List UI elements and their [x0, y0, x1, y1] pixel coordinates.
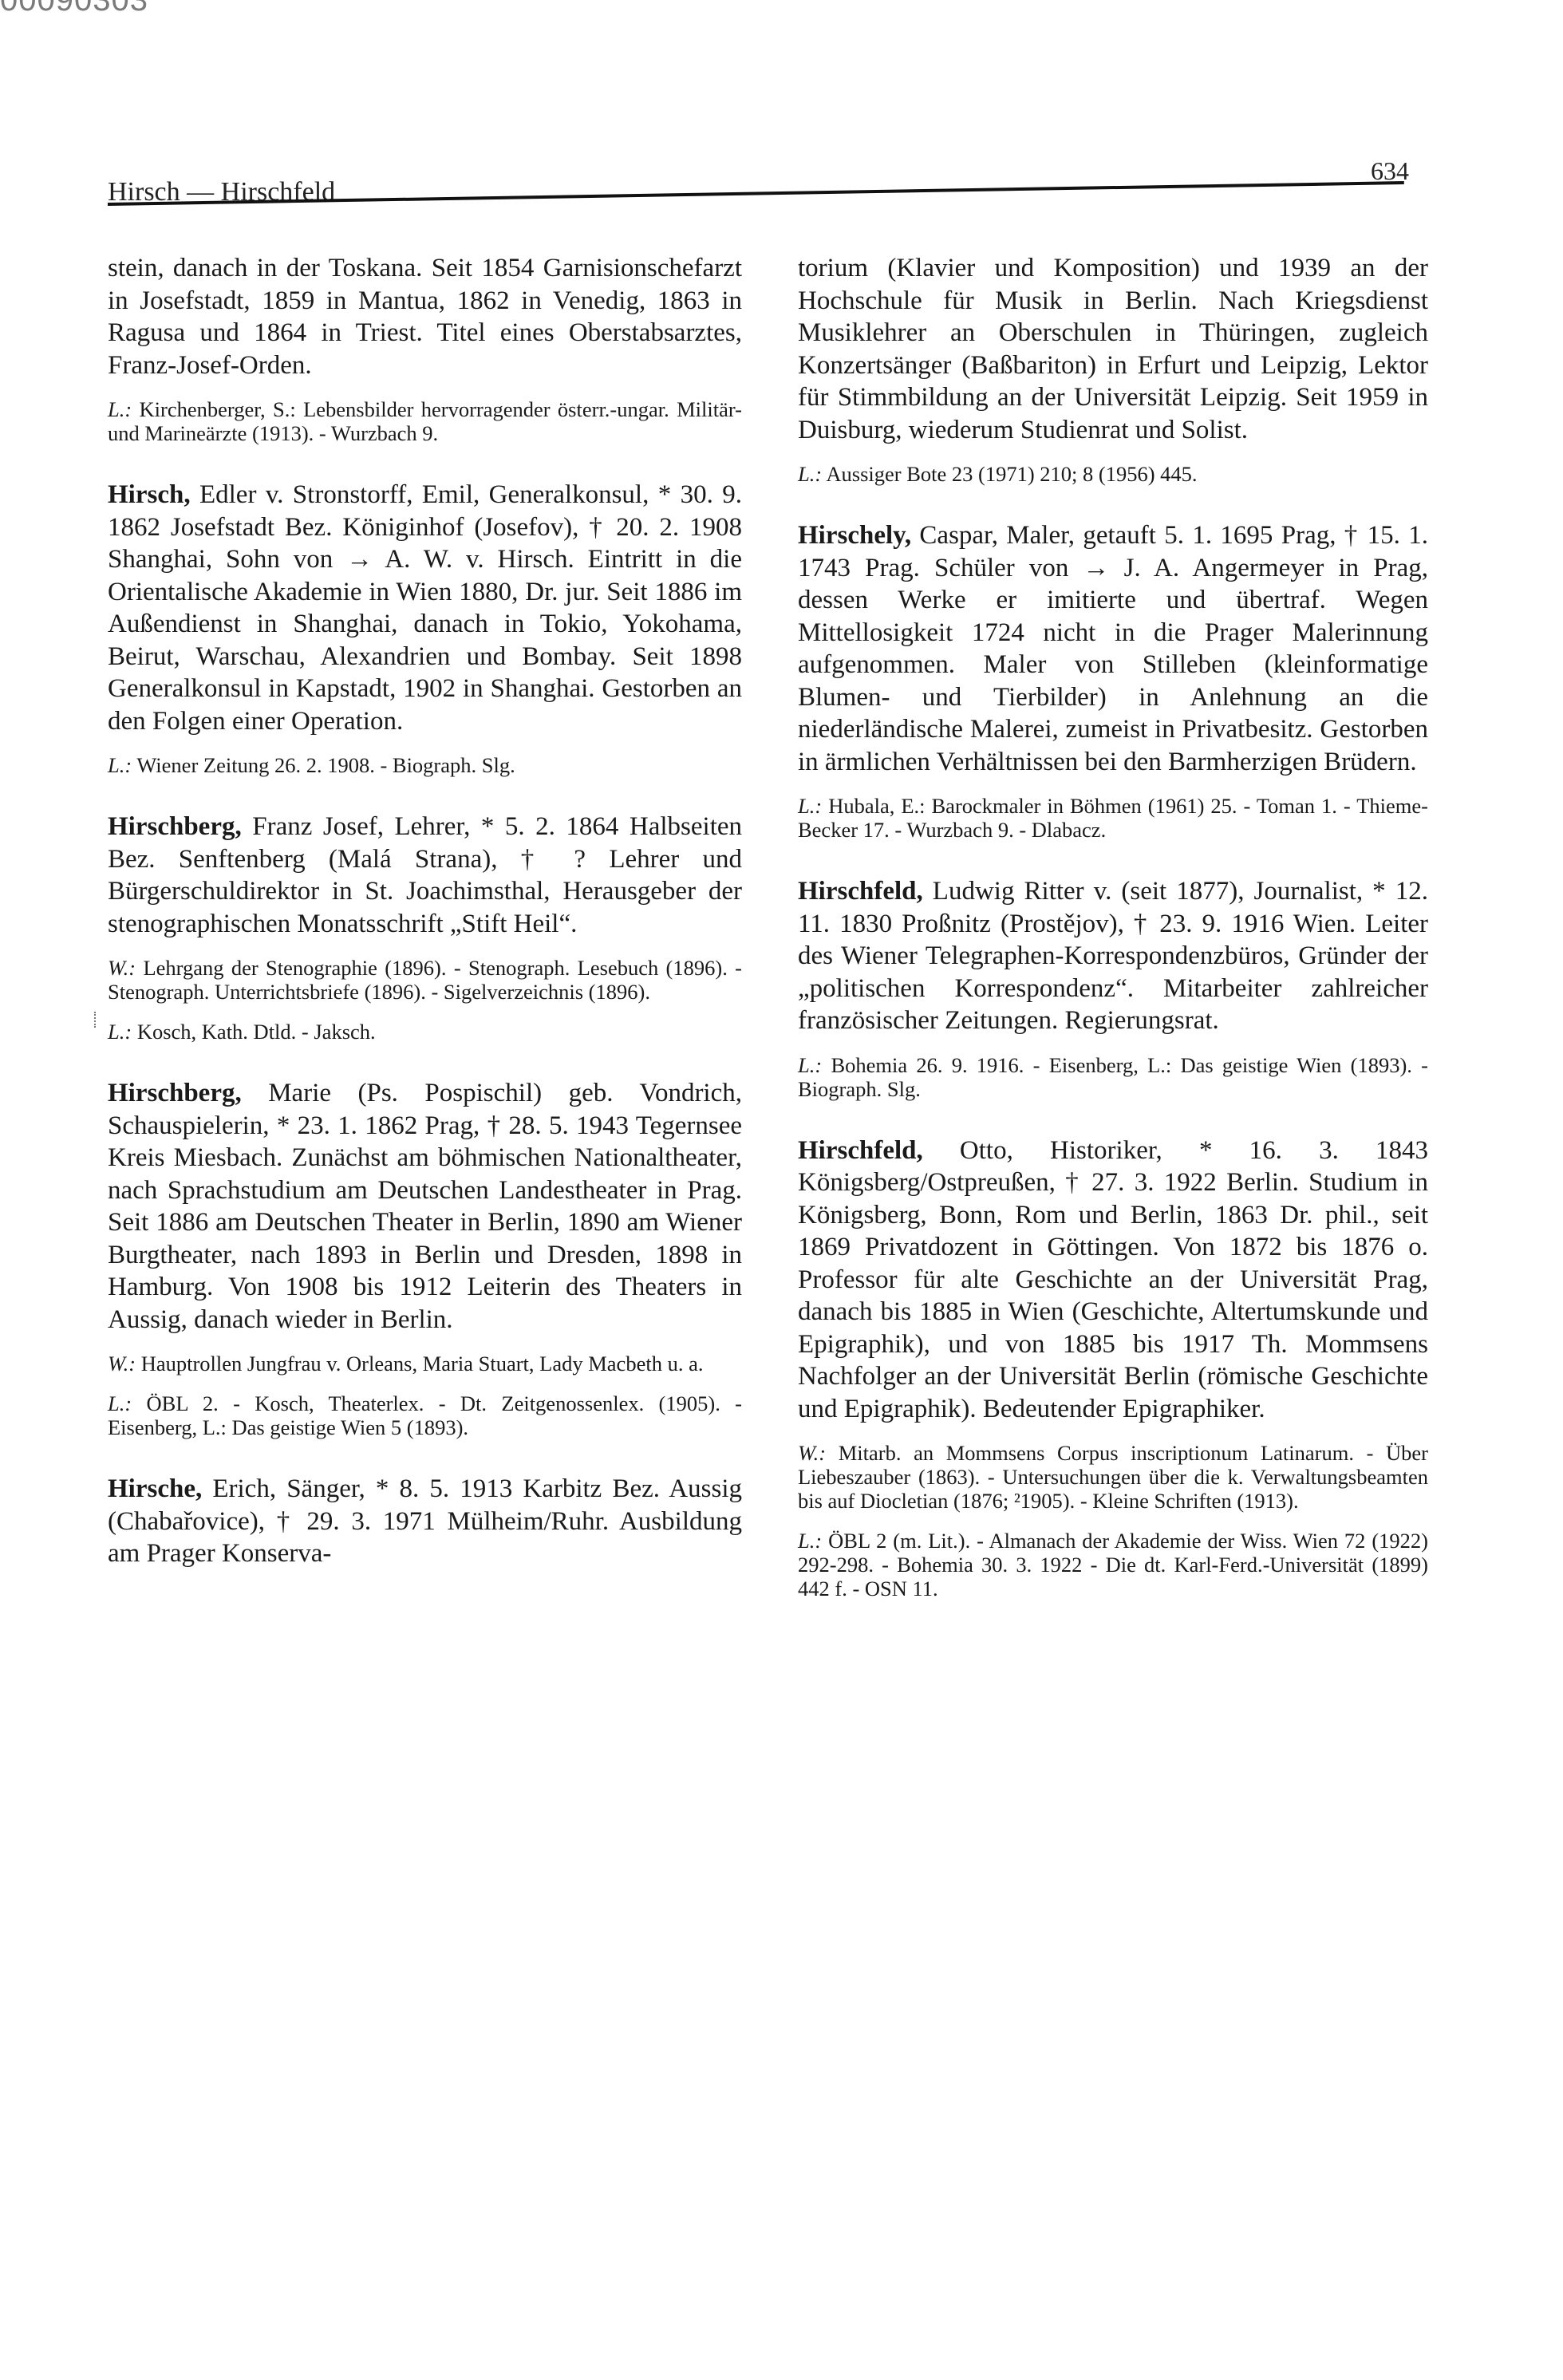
works-ref: W.: Lehrgang der Stenographie (1896). - … — [108, 956, 742, 1004]
entry-text: Caspar, Maler, getauft 5. 1. 1695 Prag, … — [798, 521, 1428, 776]
entry-text: Otto, Historiker, * 16. 3. 1843 Königsbe… — [798, 1136, 1428, 1423]
works-ref: W.: Mitarb. an Mommsens Corpus inscripti… — [798, 1441, 1428, 1513]
literature-ref: L.: Bohemia 26. 9. 1916. - Eisenberg, L.… — [798, 1053, 1428, 1101]
literature-ref: L.: ÖBL 2 (m. Lit.). - Almanach der Akad… — [798, 1529, 1428, 1600]
right-column: torium (Klavier und Komposition) und 193… — [798, 252, 1428, 1634]
scan-id: 00090303 — [0, 0, 148, 18]
entry-hirsch-emil: Hirsch, Edler v. Stronstorff, Emil, Gene… — [108, 479, 742, 777]
literature-ref: L.: Wiener Zeitung 26. 2. 1908. - Biogra… — [108, 753, 742, 777]
literature-ref: L.: Kosch, Kath. Dtld. - Jaksch. — [108, 1020, 742, 1044]
works-ref: W.: Hauptrollen Jungfrau v. Orleans, Mar… — [108, 1352, 742, 1376]
entry-continuation: stein, danach in der Toskana. Seit 1854 … — [108, 252, 742, 445]
entry-continuation: torium (Klavier und Komposition) und 193… — [798, 252, 1428, 486]
entry-text: stein, danach in der Toskana. Seit 1854 … — [108, 252, 742, 381]
entry-text: Marie (Ps. Pospischil) geb. Vondrich, Sc… — [108, 1079, 742, 1334]
entry-text: torium (Klavier und Komposition) und 193… — [798, 252, 1428, 446]
entry-hirschberg-franz: Hirschberg, Franz Josef, Lehrer, * 5. 2.… — [108, 811, 742, 1044]
entry-lemma: Hirschberg, — [108, 1079, 242, 1107]
entry-text: Erich, Sänger, * 8. 5. 1913 Karbitz Bez.… — [108, 1474, 742, 1568]
entry-lemma: Hirsche, — [108, 1474, 202, 1503]
left-column: stein, danach in der Toskana. Seit 1854 … — [108, 252, 742, 1604]
entry-hirschberg-marie: Hirschberg, Marie (Ps. Pospischil) geb. … — [108, 1077, 742, 1439]
literature-ref: L.: Hubala, E.: Barockmaler in Böhmen (1… — [798, 794, 1428, 842]
entry-lemma: Hirschfeld, — [798, 1136, 923, 1165]
literature-ref: L.: Kirchenberger, S.: Lebensbilder herv… — [108, 397, 742, 445]
entry-lemma: Hirschberg, — [108, 812, 242, 841]
entry-lemma: Hirsch, — [108, 480, 191, 509]
entry-hirschfeld-ludwig: Hirschfeld, Ludwig Ritter v. (seit 1877)… — [798, 875, 1428, 1101]
margin-mark — [94, 1012, 98, 1028]
literature-ref: L.: Aussiger Bote 23 (1971) 210; 8 (1956… — [798, 462, 1428, 486]
entry-hirschfeld-otto: Hirschfeld, Otto, Historiker, * 16. 3. 1… — [798, 1135, 1428, 1601]
entry-hirsche-erich: Hirsche, Erich, Sänger, * 8. 5. 1913 Kar… — [108, 1473, 742, 1570]
entry-lemma: Hirschfeld, — [798, 877, 923, 906]
entry-hirschely-caspar: Hirschely, Caspar, Maler, getauft 5. 1. … — [798, 519, 1428, 842]
literature-ref: L.: ÖBL 2. - Kosch, Theaterlex. - Dt. Ze… — [108, 1391, 742, 1439]
entry-lemma: Hirschely, — [798, 521, 911, 550]
entry-text: Edler v. Stronstorff, Emil, Generalkonsu… — [108, 480, 742, 736]
